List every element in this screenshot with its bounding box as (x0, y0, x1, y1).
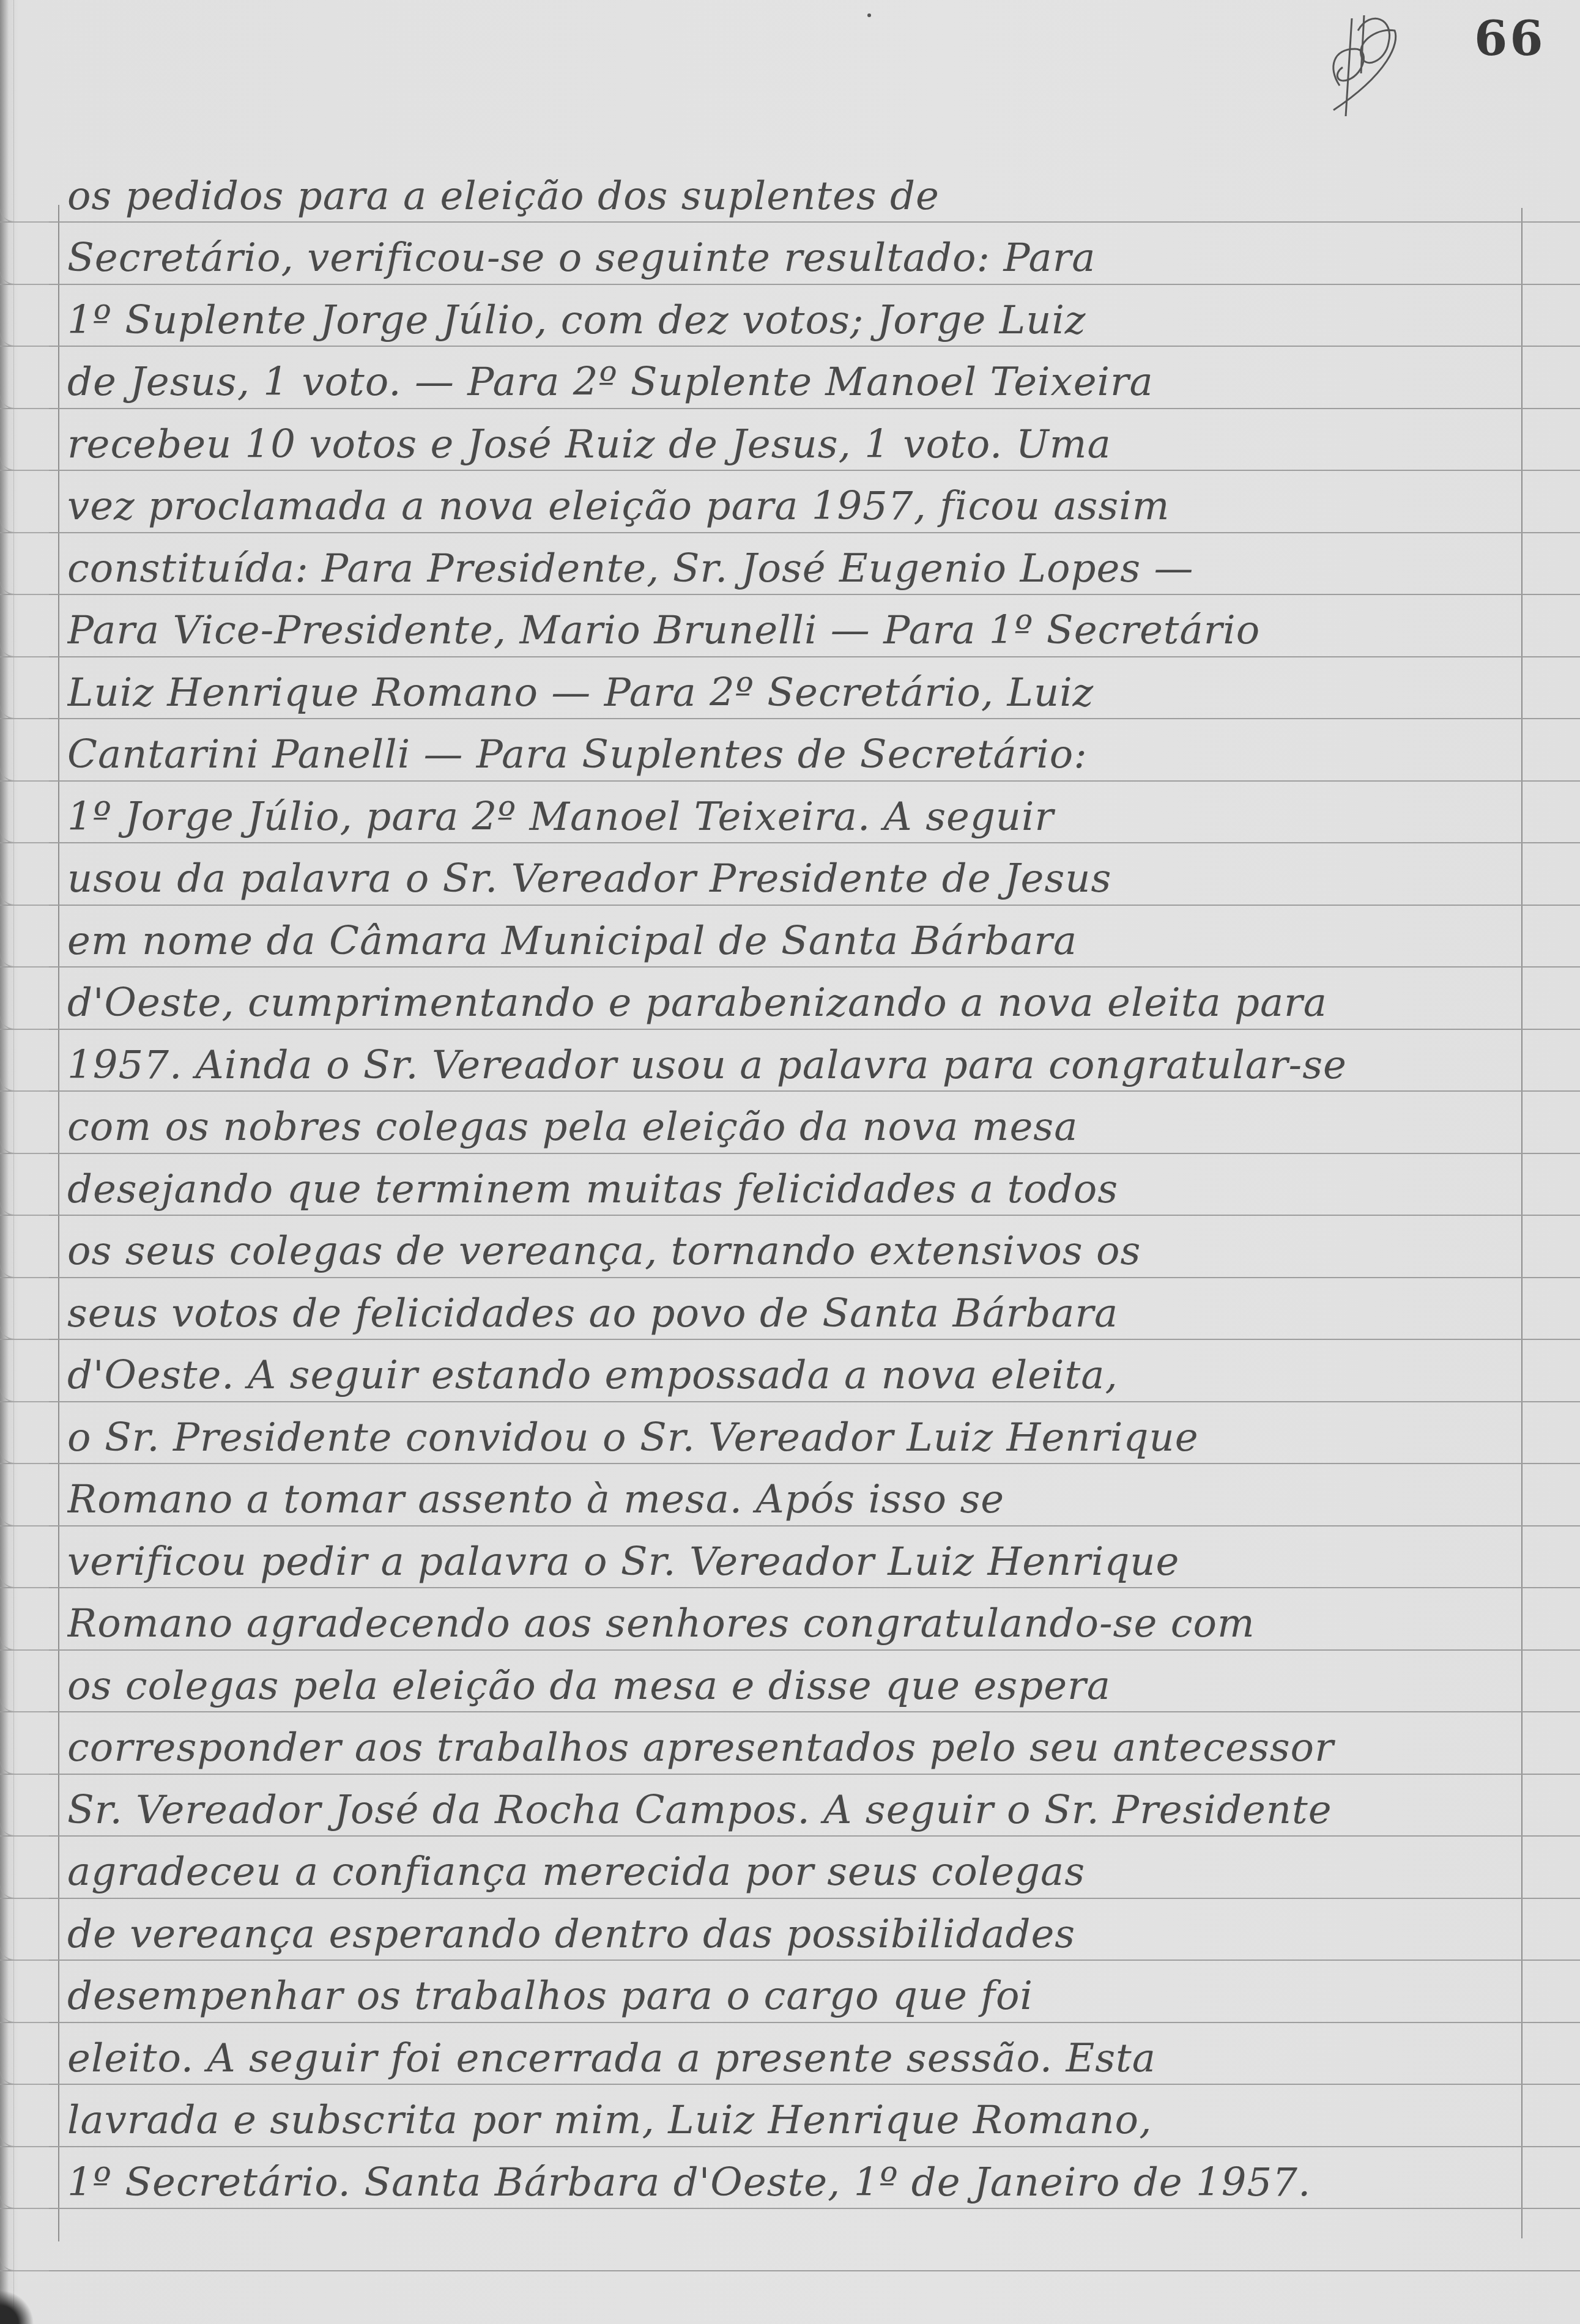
handwritten-line: em nome da Câmara Municipal de Santa Bár… (67, 917, 1517, 966)
ruling-line (0, 1463, 1580, 1464)
ruling-line (0, 1525, 1580, 1527)
handwritten-line: 1º Suplente Jorge Júlio, com dez votos; … (67, 296, 1517, 345)
ruling-line (0, 470, 1580, 471)
ruling-line (0, 1711, 1580, 1712)
ruling-line (0, 2084, 1580, 2085)
handwritten-line: vez proclamada a nova eleição para 1957,… (67, 482, 1517, 531)
ruling-line (0, 1153, 1580, 1154)
handwritten-line: Romano a tomar assento à mesa. Após isso… (67, 1475, 1517, 1524)
ruling-line (0, 284, 1580, 285)
handwritten-line: seus votos de felicidades ao povo de San… (67, 1289, 1517, 1338)
ruling-line (0, 780, 1580, 782)
page-corner-shadow (0, 2287, 37, 2324)
ruling-line (0, 1277, 1580, 1278)
left-margin-rule (58, 205, 59, 2241)
ruling-line (0, 1774, 1580, 1775)
ruling-line (0, 594, 1580, 595)
page-number: 66 (1474, 11, 1546, 67)
ruling-line (0, 1401, 1580, 1402)
handwritten-line: 1º Secretário. Santa Bárbara d'Oeste, 1º… (67, 2158, 1517, 2207)
handwritten-line: os seus colegas de vereança, tornando ex… (67, 1227, 1517, 1276)
ruling-line (0, 2146, 1580, 2147)
manuscript-page: 66 os pedidos para a eleição dos suplent… (0, 0, 1580, 2324)
ruling-line (0, 1649, 1580, 1651)
handwritten-line: recebeu 10 votos e José Ruiz de Jesus, 1… (67, 420, 1517, 469)
ruling-line (0, 1587, 1580, 1588)
handwritten-line: desempenhar os trabalhos para o cargo qu… (67, 1972, 1517, 2021)
handwritten-line: usou da palavra o Sr. Vereador President… (67, 854, 1517, 903)
ruling-line (0, 346, 1580, 347)
handwritten-line: 1957. Ainda o Sr. Vereador usou a palavr… (67, 1041, 1517, 1090)
handwritten-line: constituída: Para Presidente, Sr. José E… (67, 544, 1517, 593)
rubric-signature-icon (1327, 12, 1401, 122)
handwritten-line: agradeceu a confiança merecida por seus … (67, 1848, 1517, 1897)
right-margin-rule (1521, 208, 1523, 2238)
handwritten-line: eleito. A seguir foi encerrada a present… (67, 2034, 1517, 2083)
handwritten-line: Sr. Vereador José da Rocha Campos. A seg… (67, 1786, 1517, 1835)
page-edge-line (13, 0, 14, 2324)
ruling-line (0, 1898, 1580, 1899)
ink-speck (867, 13, 871, 17)
handwritten-line: Para Vice-Presidente, Mario Brunelli — P… (67, 606, 1517, 655)
ruling-line (0, 1029, 1580, 1030)
handwritten-line: desejando que terminem muitas felicidade… (67, 1165, 1517, 1214)
handwritten-line: de Jesus, 1 voto. — Para 2º Suplente Man… (67, 358, 1517, 407)
ruling-line (0, 1835, 1580, 1837)
handwritten-line: os colegas pela eleição da mesa e disse … (67, 1662, 1517, 1711)
ruling-line (0, 2022, 1580, 2023)
ruling-line (0, 221, 1580, 223)
handwritten-line: lavrada e subscrita por mim, Luiz Henriq… (67, 2096, 1517, 2145)
ruling-line (0, 2270, 1580, 2271)
handwritten-line: 1º Jorge Júlio, para 2º Manoel Teixeira.… (67, 793, 1517, 842)
handwritten-line: corresponder aos trabalhos apresentados … (67, 1723, 1517, 1772)
handwritten-line: com os nobres colegas pela eleição da no… (67, 1103, 1517, 1152)
handwritten-line: os pedidos para a eleição dos suplentes … (67, 172, 1517, 221)
handwritten-line: Secretário, verificou-se o seguinte resu… (67, 234, 1517, 283)
ruling-line (0, 408, 1580, 409)
ruling-line (0, 1215, 1580, 1216)
ruling-line (0, 1339, 1580, 1340)
binding-shadow (0, 0, 9, 2324)
handwritten-line: o Sr. Presidente convidou o Sr. Vereador… (67, 1413, 1517, 1462)
ruling-line (0, 718, 1580, 719)
ruling-line (0, 842, 1580, 843)
ruling-line (0, 2208, 1580, 2209)
handwritten-line: Cantarini Panelli — Para Suplentes de Se… (67, 730, 1517, 779)
handwritten-line: de vereança esperando dentro das possibi… (67, 1910, 1517, 1959)
handwritten-line: verificou pedir a palavra o Sr. Vereador… (67, 1538, 1517, 1586)
ruling-line (0, 966, 1580, 968)
ruling-line (0, 532, 1580, 533)
ruling-line (0, 1090, 1580, 1092)
handwritten-line: Luiz Henrique Romano — Para 2º Secretári… (67, 668, 1517, 717)
handwritten-line: d'Oeste. A seguir estando empossada a no… (67, 1351, 1517, 1400)
ruling-line (0, 656, 1580, 657)
handwritten-line: Romano agradecendo aos senhores congratu… (67, 1599, 1517, 1648)
ruling-line (0, 1959, 1580, 1961)
ruling-line (0, 905, 1580, 906)
handwritten-line: d'Oeste, cumprimentando e parabenizando … (67, 979, 1517, 1027)
